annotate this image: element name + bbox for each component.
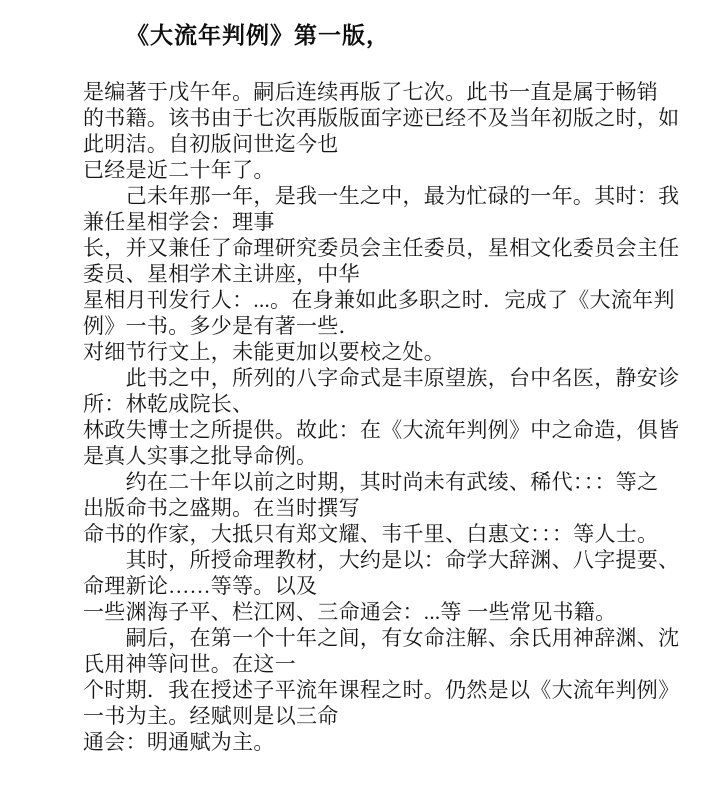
text-line: 是真人实事之批导命例。	[83, 443, 703, 469]
text-line: 氏用神等问世。在这一	[83, 651, 703, 677]
text-line: 命书的作家，大抵只有郑文耀、韦千里、白惠文：：：等人士。	[83, 521, 703, 547]
text-line: 己未年那一年，是我一生之中，最为忙碌的一年。其时：我	[83, 183, 703, 209]
text-line: 例》一书。多少是有著一些．	[83, 313, 703, 339]
document-title: 《大流年判例》第一版，	[126, 17, 390, 50]
text-line: 的书籍。该书由于七次再版版面字迹已经不及当年初版之时，如	[83, 105, 703, 131]
text-line: 嗣后，在第一个十年之间，有女命注解、余氏用神辞渊、沈	[83, 625, 703, 651]
text-line: 是编著于戊午年。嗣后连续再版了七次。此书一直是属于畅销	[83, 79, 703, 105]
text-line: 个时期．我在授述子平流年课程之时。仍然是以《大流年判例》	[83, 677, 703, 703]
document-page: 《大流年判例》第一版， 是编著于戊午年。嗣后连续再版了七次。此书一直是属于畅销的…	[0, 0, 711, 800]
text-line: 兼任星相学会：理事	[83, 209, 703, 235]
text-line: 其时，所授命理教材，大约是以：命学大辞渊、八字提要、	[83, 547, 703, 573]
text-line: 一些渊海子平、栏江网、三命通会：...等 一些常见书籍。	[83, 599, 703, 625]
text-line: 此书之中，所列的八字命式是丰原望族，台中名医，静安诊	[83, 365, 703, 391]
text-line: 委员、星相学术主讲座，中华	[83, 261, 703, 287]
text-line: 约在二十年以前之时期，其时尚未有武绫、稀代：：：等之	[83, 469, 703, 495]
text-line: 出版命书之盛期。在当时撰写	[83, 495, 703, 521]
text-line: 通会：明通赋为主。	[83, 729, 703, 755]
text-line: 所：林乾成院长、	[83, 391, 703, 417]
document-body: 是编著于戊午年。嗣后连续再版了七次。此书一直是属于畅销的书籍。该书由于七次再版版…	[83, 79, 703, 755]
text-line: 一书为主。经赋则是以三命	[83, 703, 703, 729]
text-line: 已经是近二十年了。	[83, 157, 703, 183]
text-line: 林政失博士之所提供。故此：在《大流年判例》中之命造，俱皆	[83, 417, 703, 443]
text-line: 此明洁。自初版问世迄今也	[83, 131, 703, 157]
text-line: 对细节行文上，未能更加以要校之处。	[83, 339, 703, 365]
text-line: 星相月刊发行人：...。在身兼如此多职之时．完成了《大流年判	[83, 287, 703, 313]
text-line: 长，并又兼任了命理研究委员会主任委员，星相文化委员会主任	[83, 235, 703, 261]
text-line: 命理新论……等等。以及	[83, 573, 703, 599]
